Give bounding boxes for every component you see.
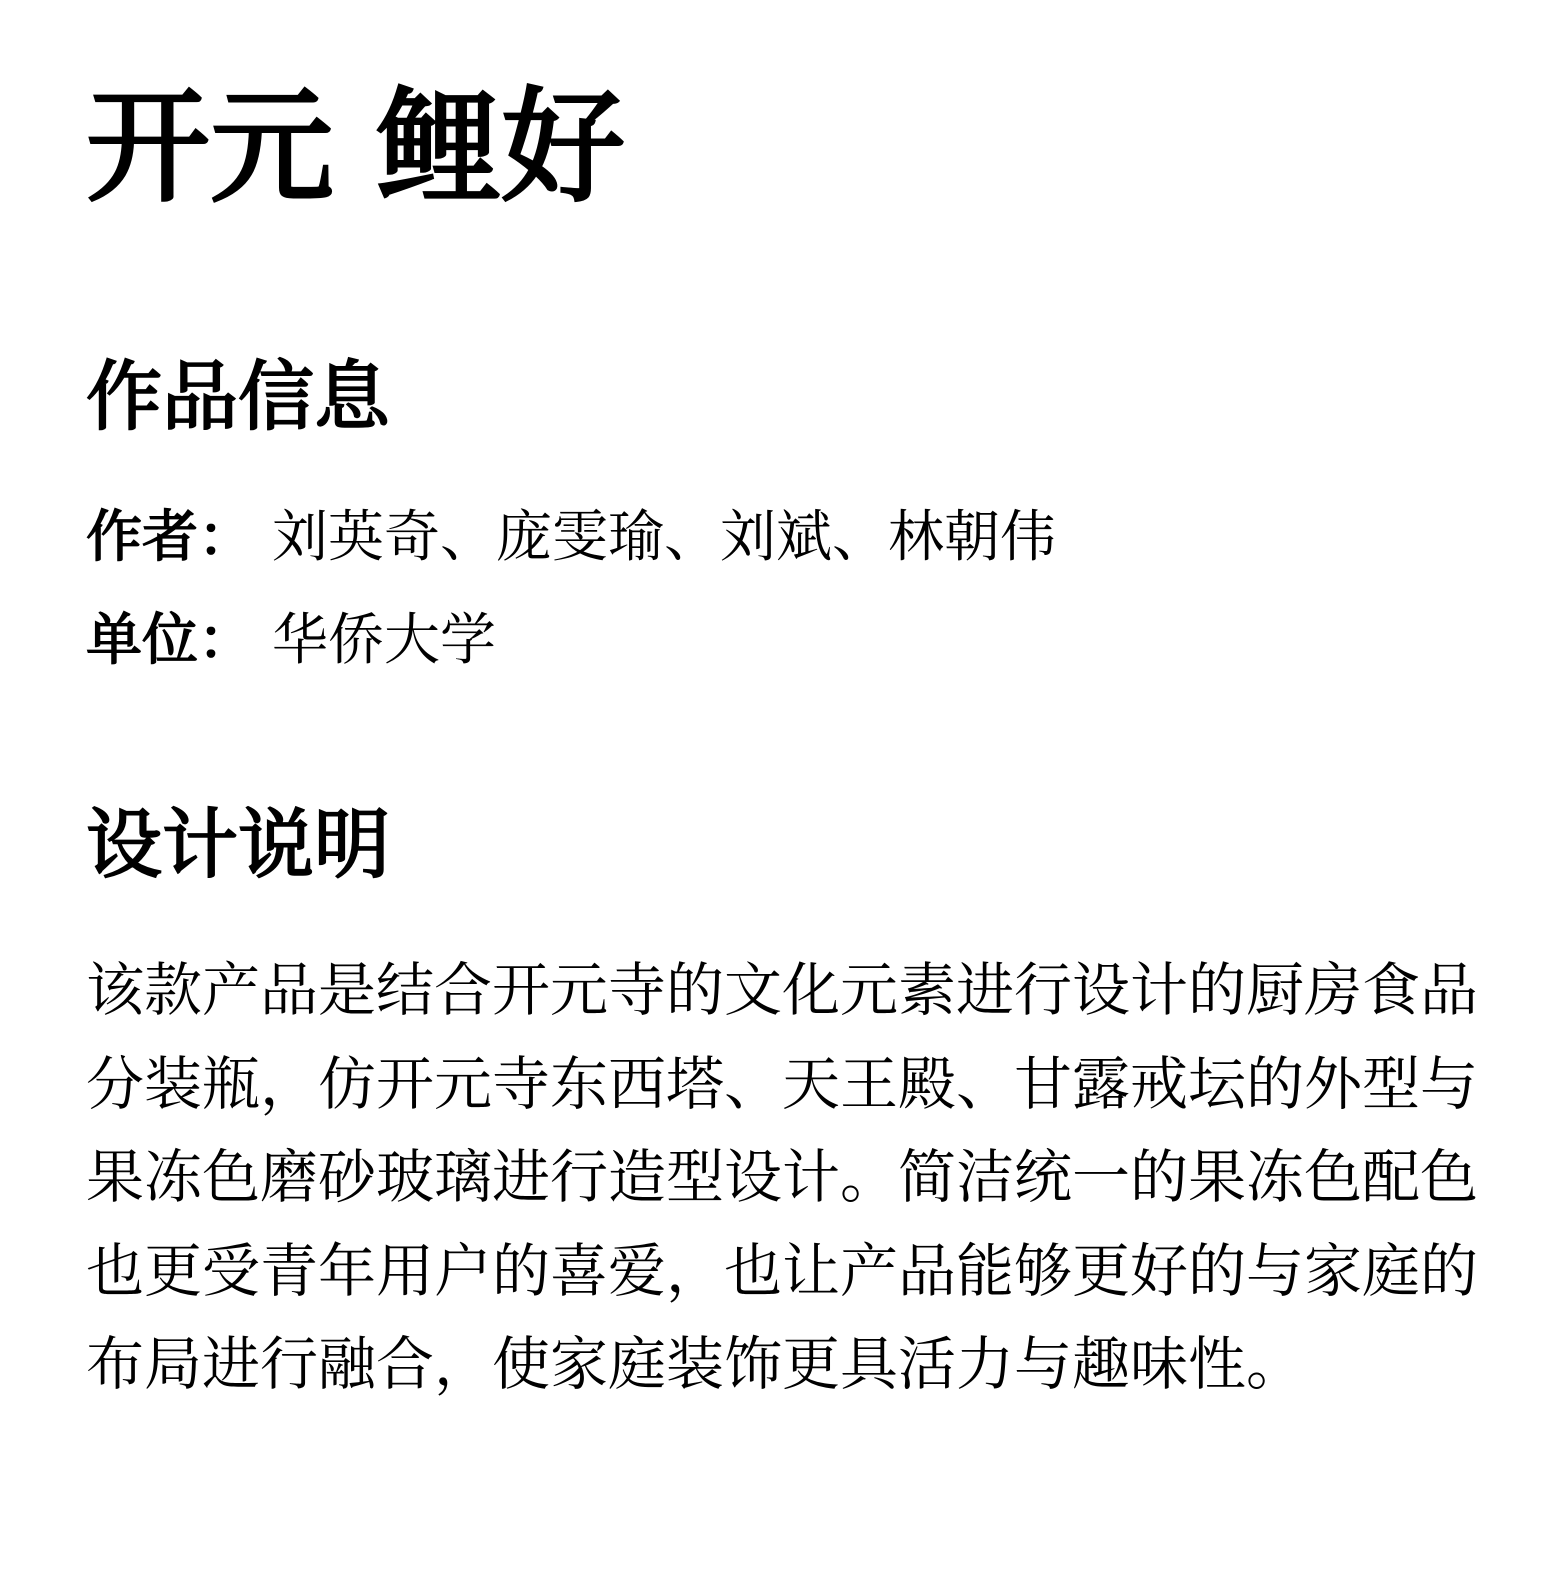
page-title: 开元 鲤好 — [86, 78, 625, 218]
design-section-heading: 设计说明 — [86, 800, 390, 890]
author-value: 刘英奇、庞雯瑜、刘斌、林朝伟 — [272, 505, 1056, 570]
author-label: 作者： — [86, 505, 254, 570]
unit-row: 单位：华侨大学 — [86, 606, 496, 676]
author-row: 作者：刘英奇、庞雯瑜、刘斌、林朝伟 — [86, 503, 1056, 573]
info-section-heading: 作品信息 — [86, 352, 390, 442]
unit-value: 华侨大学 — [272, 608, 496, 673]
design-description: 该款产品是结合开元寺的文化元素进行设计的厨房食品分装瓶，仿开元寺东西塔、天王殿、… — [86, 944, 1478, 1412]
unit-label: 单位： — [86, 608, 254, 673]
